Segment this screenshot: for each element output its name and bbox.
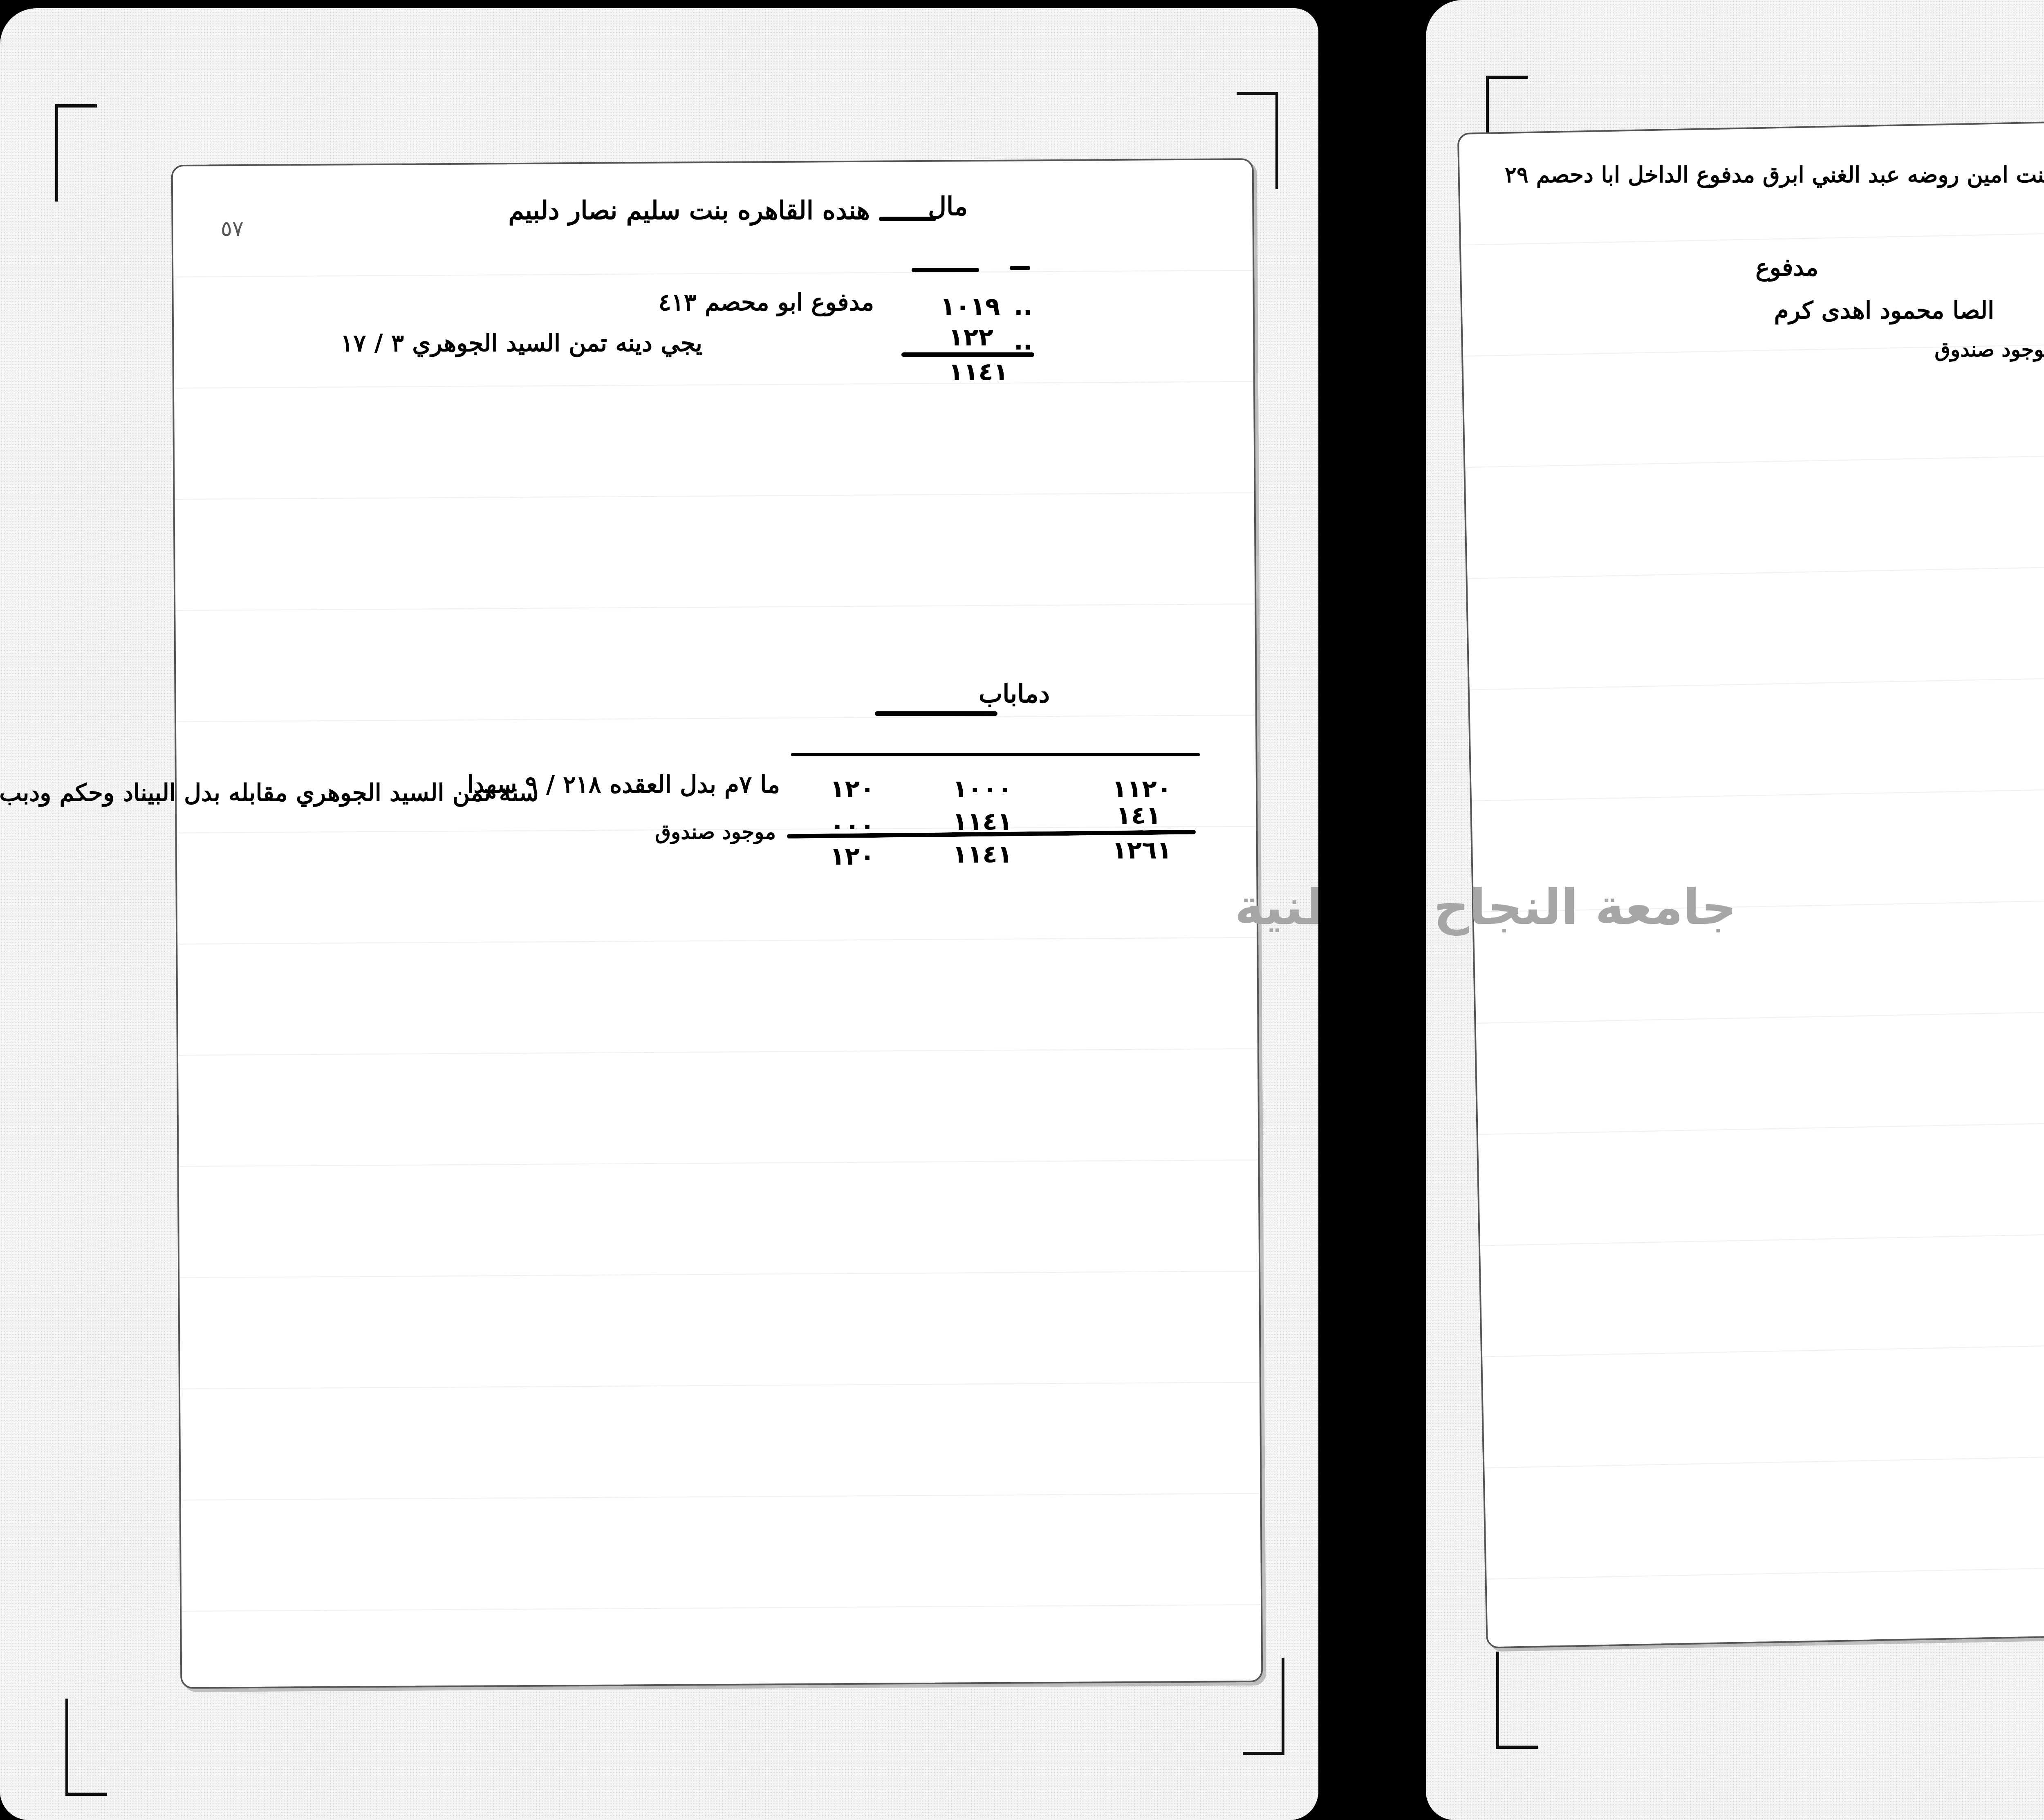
table-cell: ١٢٠ bbox=[830, 775, 875, 803]
table-total: ١٢٦١ bbox=[1112, 836, 1172, 865]
entry-marker: .. bbox=[1014, 327, 1033, 356]
entry-description: مدفوع bbox=[1755, 253, 1818, 281]
section-heading-underline bbox=[875, 711, 997, 716]
column-header-rule bbox=[1010, 266, 1030, 270]
entry-description: مدفوع ابو محصم ٤١٣ bbox=[659, 288, 874, 316]
table-row-continuation: سنة تمن السيد الجوهري مقابله بدل البيناد… bbox=[0, 779, 539, 807]
table-total: ١٢٠ bbox=[830, 842, 875, 871]
entry-amount: ١٠١٩ bbox=[940, 292, 1000, 321]
entry-description: الصا محمود اهدى كرم bbox=[1774, 296, 1994, 324]
table-cell: ١٤١ bbox=[1116, 801, 1161, 830]
sum-rule bbox=[901, 352, 1034, 357]
entry-marker: .. bbox=[1014, 292, 1033, 321]
section-heading: دماباب bbox=[979, 679, 1050, 708]
left-ledger-page bbox=[171, 158, 1263, 1689]
table-total: ١١٤١ bbox=[953, 840, 1012, 869]
account-title: القاصره فاطمه بنت امين روضه عبد الغني اب… bbox=[1505, 161, 2044, 188]
title-underline bbox=[879, 217, 936, 221]
table-cell: ١١٢٠ bbox=[1112, 775, 1172, 803]
column-header-rule bbox=[912, 268, 979, 272]
spine-overlay bbox=[1318, 858, 1426, 981]
footer-label: موجود صندوق bbox=[1934, 337, 2044, 361]
crop-mark-bottom-left bbox=[65, 1699, 107, 1796]
crop-mark-top-left bbox=[55, 104, 97, 202]
entry-description: يجي دينه تمن السيد الجوهري ٣ / ١٧ bbox=[341, 329, 702, 357]
account-title: هنده القاهره بنت سليم نصار دلبيم bbox=[509, 195, 870, 225]
table-header-rule bbox=[791, 753, 1200, 756]
page-grid-lines bbox=[173, 160, 1262, 1687]
table-cell: ١٠٠٠ bbox=[953, 775, 1012, 803]
footer-label: موجود صندوق bbox=[655, 820, 776, 844]
entry-amount: ١٢٢ bbox=[948, 323, 993, 352]
entries-total: ١١٤١ bbox=[948, 358, 1008, 386]
page-number: ٥٧ bbox=[221, 217, 244, 241]
crop-mark-bottom-left bbox=[1496, 1652, 1538, 1749]
